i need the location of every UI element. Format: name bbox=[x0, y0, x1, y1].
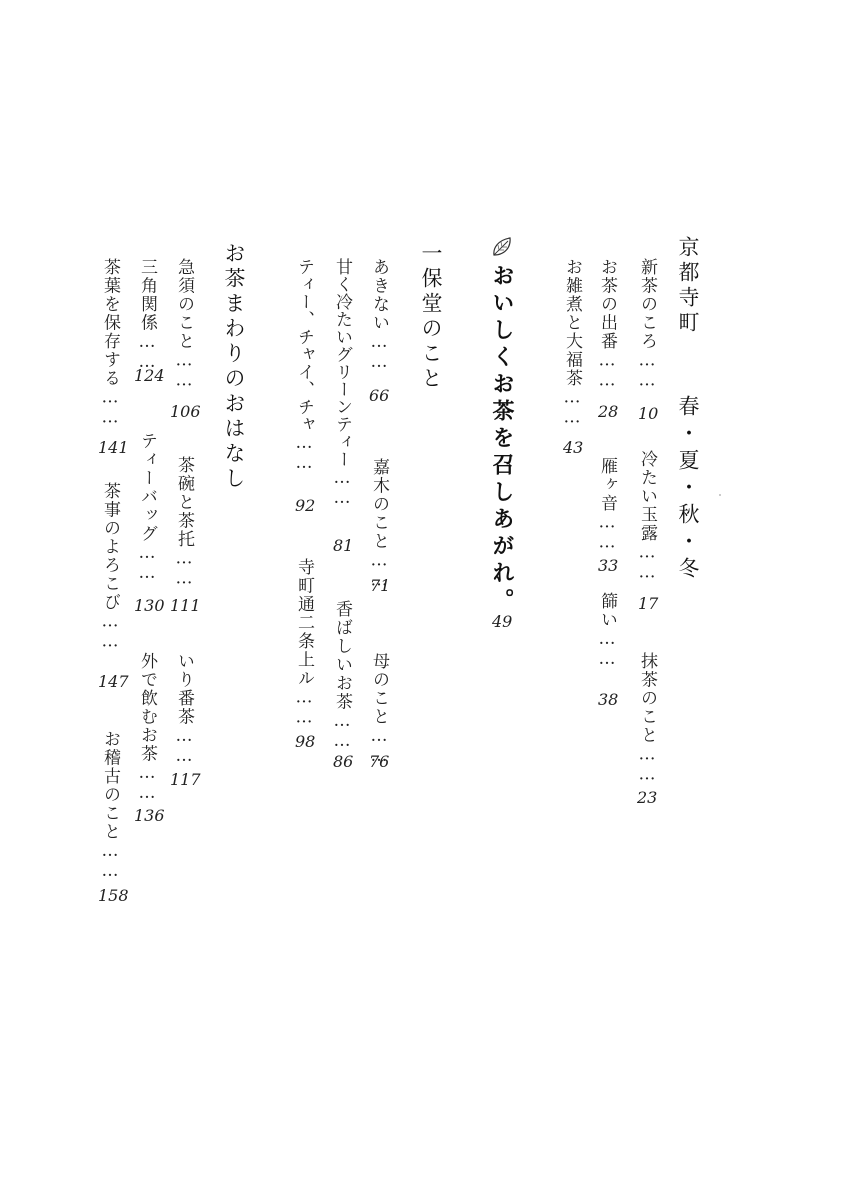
leader-dots: …… bbox=[137, 763, 157, 803]
leader-dots: …… bbox=[294, 433, 314, 473]
entry-page-number: 141 bbox=[98, 438, 129, 457]
toc-entry[interactable]: 茶碗と茶托…… bbox=[175, 456, 192, 589]
section-heading-seasons: 春・夏・秋・冬 bbox=[677, 395, 698, 584]
toc-entry[interactable]: 香ばしいお茶…… bbox=[333, 600, 350, 751]
toc-entry[interactable]: 抹茶のこと…… bbox=[638, 652, 655, 785]
toc-entry[interactable]: 三角関係…… bbox=[138, 258, 155, 372]
entry-title: 新茶のころ bbox=[637, 258, 657, 351]
entry-page-number: 106 bbox=[170, 402, 201, 421]
entry-page-number: 10 bbox=[638, 404, 658, 423]
toc-entry[interactable]: ティー、チャイ、チャ…… bbox=[295, 258, 312, 473]
entry-title: ティーバッグ bbox=[137, 432, 157, 543]
entry-page-number: 71 bbox=[370, 576, 390, 595]
section-heading-kyoto-teramachi: 京都寺町 bbox=[677, 236, 698, 336]
entry-page-number: 43 bbox=[563, 438, 583, 457]
toc-entry[interactable]: 茶葉を保存する…… bbox=[101, 258, 118, 428]
section-title: おいしくお茶を召しあがれ。 bbox=[489, 264, 515, 615]
toc-entry[interactable]: 新茶のころ…… bbox=[638, 258, 655, 391]
leader-dots: …… bbox=[174, 549, 194, 589]
leader-dots: …… bbox=[294, 688, 314, 728]
entry-page-number: 66 bbox=[369, 386, 389, 405]
entry-page-number: 92 bbox=[295, 496, 315, 515]
entry-page-number: 28 bbox=[598, 402, 618, 421]
section-page-number: 49 bbox=[492, 612, 512, 631]
leader-dots: …… bbox=[100, 388, 120, 428]
leader-dots: …… bbox=[597, 629, 617, 669]
leader-dots: …… bbox=[100, 612, 120, 652]
toc-entry[interactable]: 母のこと…… bbox=[370, 652, 387, 766]
entry-page-number: 33 bbox=[598, 556, 618, 575]
entry-title: 甘く冷たいグリーンティー bbox=[332, 258, 352, 468]
entry-page-number: 86 bbox=[333, 752, 353, 771]
entry-page-number: 76 bbox=[369, 752, 389, 771]
toc-entry[interactable]: 茶事のよろこび…… bbox=[101, 482, 118, 652]
entry-page-number: 130 bbox=[134, 596, 165, 615]
toc-entry[interactable]: 雁ヶ音…… bbox=[598, 457, 615, 553]
entry-title: 寺町通二条上ル bbox=[294, 558, 314, 688]
entry-title: あきない bbox=[369, 258, 389, 332]
entry-page-number: 81 bbox=[333, 536, 353, 555]
entry-title: お稽古のこと bbox=[100, 730, 120, 841]
entry-page-number: 38 bbox=[598, 690, 618, 709]
entry-title: 香ばしいお茶 bbox=[332, 600, 352, 711]
leader-dots: …… bbox=[369, 332, 389, 372]
entry-title: 三角関係 bbox=[137, 258, 157, 332]
toc-entry[interactable]: 外で飲むお茶…… bbox=[138, 652, 155, 803]
leader-dots: …… bbox=[137, 543, 157, 583]
speck-mark bbox=[719, 494, 721, 496]
leader-dots: …… bbox=[562, 388, 582, 428]
toc-entry[interactable]: ティーバッグ…… bbox=[138, 432, 155, 583]
section-title-main: 京都寺町 bbox=[676, 236, 700, 336]
section-title-sub: 春・夏・秋・冬 bbox=[676, 395, 700, 584]
entry-title: 篩い bbox=[597, 592, 617, 629]
leader-dots: …… bbox=[637, 351, 657, 391]
entry-title: 急須のこと bbox=[174, 258, 194, 351]
entry-title: ティー、チャイ、チャ bbox=[294, 258, 314, 433]
toc-entry[interactable]: 嘉木のこと…… bbox=[370, 458, 387, 591]
toc-entry[interactable]: 寺町通二条上ル…… bbox=[295, 558, 312, 728]
toc-entry[interactable]: お稽古のこと…… bbox=[101, 730, 118, 881]
entry-title: 茶葉を保存する bbox=[100, 258, 120, 388]
leader-dots: …… bbox=[174, 351, 194, 391]
entry-page-number: 17 bbox=[638, 594, 658, 613]
entry-page-number: 136 bbox=[134, 806, 165, 825]
entry-title: 茶碗と茶托 bbox=[174, 456, 194, 549]
toc-entry[interactable]: 急須のこと…… bbox=[175, 258, 192, 391]
entry-title: 嘉木のこと bbox=[369, 458, 389, 551]
leader-dots: …… bbox=[637, 543, 657, 583]
leaf-icon bbox=[490, 235, 514, 259]
section-title: お茶まわりのおはなし bbox=[222, 242, 246, 492]
leader-dots: …… bbox=[637, 745, 657, 785]
section-title: 一保堂のこと bbox=[419, 242, 443, 392]
toc-entry[interactable]: あきない…… bbox=[370, 258, 387, 372]
entry-page-number: 98 bbox=[295, 732, 315, 751]
section-heading-ocha-mawari: お茶まわりのおはなし bbox=[223, 242, 244, 492]
entry-page-number: 117 bbox=[170, 770, 201, 789]
entry-title: 外で飲むお茶 bbox=[137, 652, 157, 763]
entry-title: 母のこと bbox=[369, 652, 389, 726]
leader-dots: …… bbox=[174, 726, 194, 766]
section-heading-ippodo: 一保堂のこと bbox=[420, 242, 441, 392]
toc-entry[interactable]: いり番茶…… bbox=[175, 652, 192, 766]
toc-page: 京都寺町 春・夏・秋・冬 新茶のころ…… 10 冷たい玉露…… 17 抹茶のこと… bbox=[0, 0, 841, 1198]
entry-title: いり番茶 bbox=[174, 652, 194, 726]
leader-dots: …… bbox=[332, 468, 352, 508]
leader-dots: …… bbox=[332, 711, 352, 751]
entry-title: 冷たい玉露 bbox=[637, 450, 657, 543]
toc-entry[interactable]: 冷たい玉露…… bbox=[638, 450, 655, 583]
entry-page-number: 23 bbox=[637, 788, 657, 807]
leader-dots: …… bbox=[597, 351, 617, 391]
toc-entry[interactable]: お茶の出番…… bbox=[598, 258, 615, 391]
entry-page-number: 111 bbox=[170, 596, 201, 615]
entry-title: 抹茶のこと bbox=[637, 652, 657, 745]
section-heading-oishiku[interactable]: おいしくお茶を召しあがれ。 bbox=[491, 264, 513, 615]
entry-title: 雁ヶ音 bbox=[597, 457, 617, 513]
toc-entry[interactable]: お雑煮と大福茶…… bbox=[563, 258, 580, 428]
entry-title: 茶事のよろこび bbox=[100, 482, 120, 612]
entry-title: お茶の出番 bbox=[597, 258, 617, 351]
leader-dots: …… bbox=[597, 513, 617, 553]
entry-page-number: 124 bbox=[134, 366, 165, 385]
toc-entry[interactable]: 甘く冷たいグリーンティー…… bbox=[333, 258, 350, 508]
entry-page-number: 158 bbox=[98, 886, 129, 905]
entry-title: お雑煮と大福茶 bbox=[562, 258, 582, 388]
entry-page-number: 147 bbox=[98, 672, 129, 691]
toc-entry[interactable]: 篩い…… bbox=[598, 592, 615, 669]
leader-dots: …… bbox=[100, 841, 120, 881]
